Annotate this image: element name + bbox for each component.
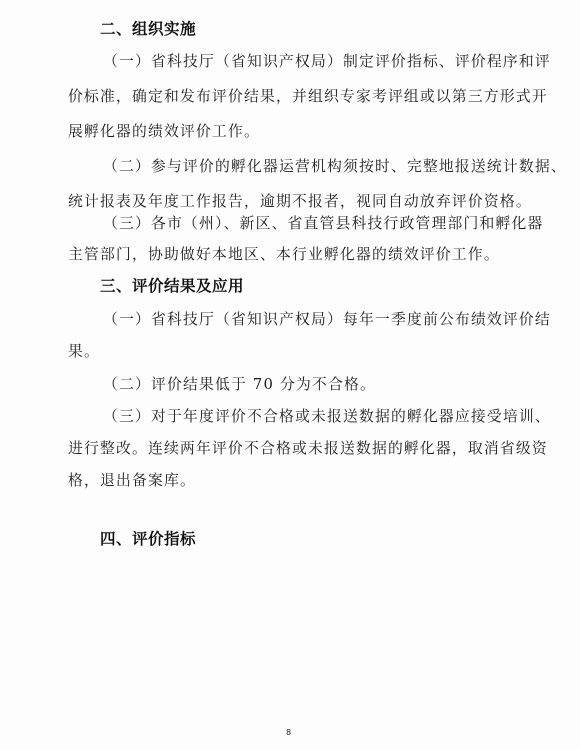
- paragraph-line: （一）省科技厅（省知识产权局）制定评价指标、评价程序和评: [103, 50, 551, 71]
- paragraph-line: （三）对于年度评价不合格或未报送数据的孵化器应接受培训、: [103, 405, 551, 426]
- paragraph-line: （二）参与评价的孵化器运营机构须按时、完整地报送统计数据、: [103, 155, 567, 176]
- section-heading-indicators: 四、评价指标: [100, 527, 196, 549]
- paragraph-line: 统计报表及年度工作报告，逾期不报者，视同自动放弃评价资格。: [68, 190, 532, 211]
- section-heading-organization: 二、组织实施: [100, 17, 196, 39]
- paragraph-line: （二）评价结果低于 70 分为不合格。: [103, 373, 376, 394]
- document-page: 二、组织实施 （一）省科技厅（省知识产权局）制定评价指标、评价程序和评 价标准，…: [0, 0, 580, 750]
- section-heading-results: 三、评价结果及应用: [100, 274, 244, 296]
- paragraph-line: （三）各市（州）、新区、省直管县科技行政管理部门和孵化器: [103, 212, 544, 233]
- paragraph-line: 果。: [68, 340, 100, 361]
- paragraph-line: 格，退出备案库。: [68, 469, 196, 490]
- paragraph-line: 展孵化器的绩效评价工作。: [68, 120, 260, 141]
- paragraph-line: 进行整改。连续两年评价不合格或未报送数据的孵化器，取消省级资: [68, 437, 548, 458]
- paragraph-line: （一）省科技厅（省知识产权局）每年一季度前公布绩效评价结: [103, 308, 551, 329]
- paragraph-line: 价标准，确定和发布评价结果，并组织专家考评组或以第三方形式开: [68, 85, 548, 106]
- paragraph-line: 主管部门，协助做好本地区、本行业孵化器的绩效评价工作。: [68, 243, 500, 264]
- page-number: 8: [286, 728, 291, 737]
